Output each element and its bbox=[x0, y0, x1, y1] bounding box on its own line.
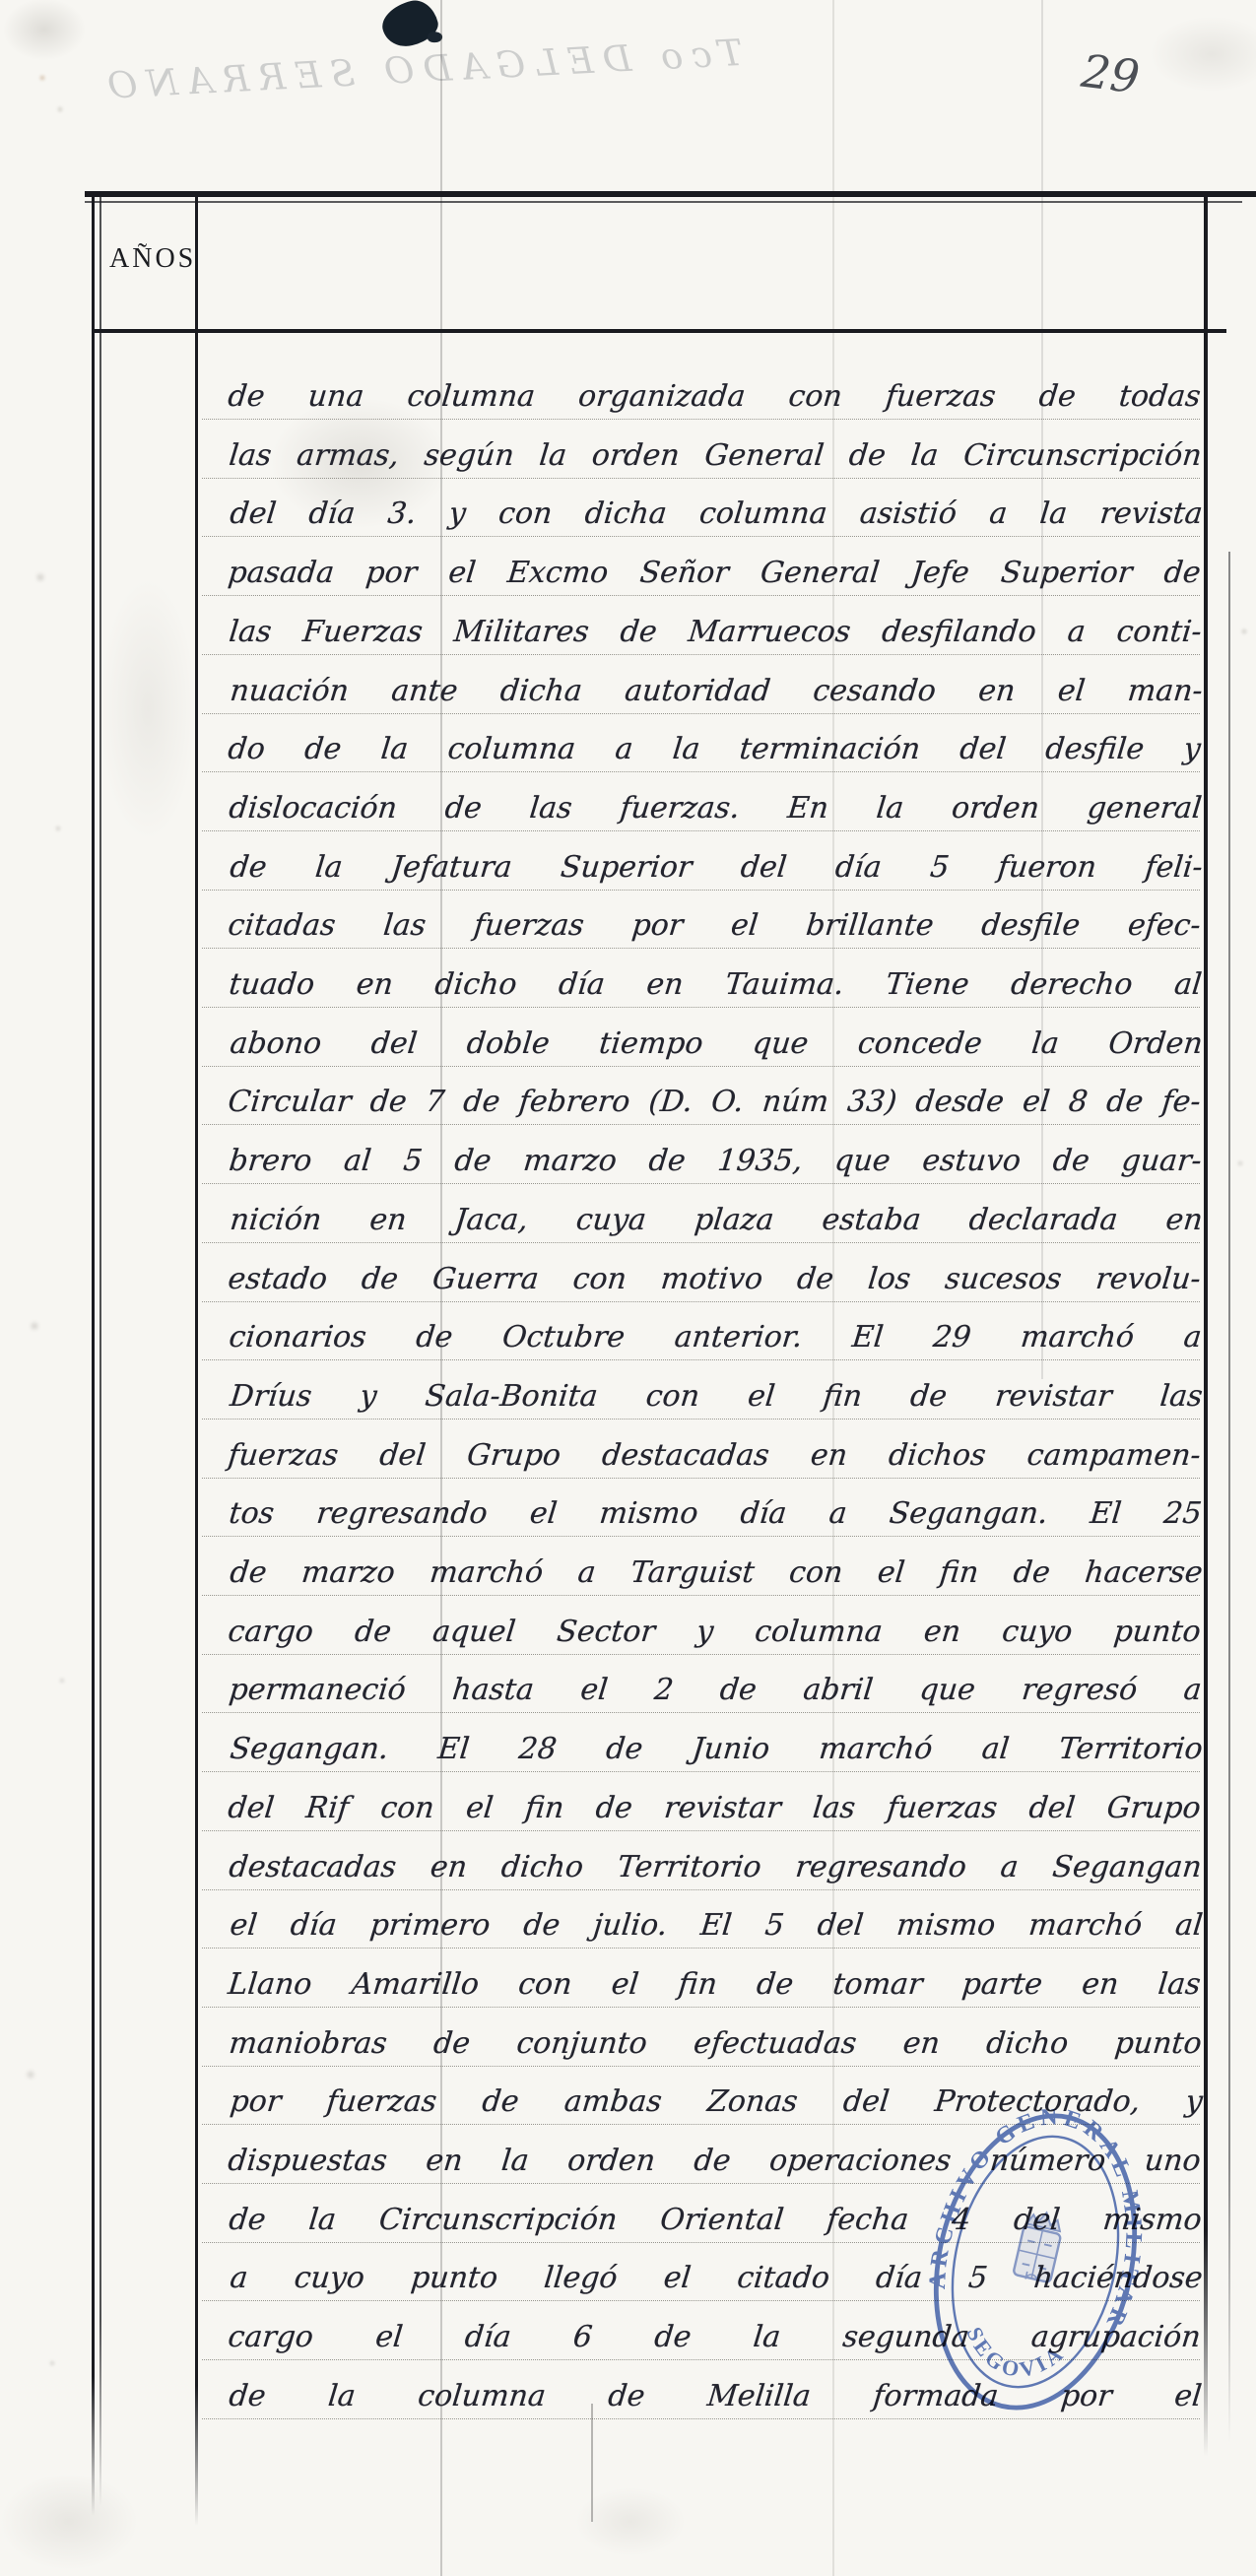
table-border-left-inner bbox=[99, 191, 101, 2506]
manuscript-line: brero al 5 de marzo de 1935, que estuvo … bbox=[227, 1137, 1204, 1186]
manuscript-line: de una columna organizada con fuerzas de… bbox=[226, 372, 1203, 422]
table-border-top bbox=[85, 191, 1256, 197]
manuscript-line: abono del doble tiempo que concede la Or… bbox=[228, 1020, 1205, 1069]
ink-blot bbox=[378, 0, 442, 51]
manuscript-line: tuado en dicho día en Tauima. Tiene dere… bbox=[227, 960, 1204, 1010]
manuscript-line: del día 3. y con dicha columna asistió a… bbox=[228, 490, 1205, 539]
manuscript-line: nición en Jaca, cuya plaza estaba declar… bbox=[228, 1196, 1205, 1245]
manuscript-line: del Rif con el fin de revistar las fuerz… bbox=[226, 1784, 1203, 1833]
manuscript-line: dislocación de las fuerzas. En la orden … bbox=[227, 784, 1204, 833]
coat-of-arms-icon bbox=[1013, 2209, 1065, 2284]
svg-text:SEGOVIA: SEGOVIA bbox=[954, 2319, 1073, 2393]
manuscript-line: fuerzas del Grupo destacadas en dichos c… bbox=[226, 1431, 1203, 1481]
manuscript-line: nuación ante dicha autoridad cesando en … bbox=[228, 667, 1205, 716]
page-number: 29 bbox=[1079, 44, 1143, 104]
table-border-right-outer bbox=[1228, 552, 1230, 2443]
header-separator-line bbox=[92, 329, 1226, 333]
manuscript-line: permaneció hasta el 2 de abril que regre… bbox=[227, 1666, 1204, 1715]
manuscript-line: de la Jefatura Superior del día 5 fueron… bbox=[228, 843, 1205, 892]
stamp-arc-bottom-text: SEGOVIA bbox=[954, 2319, 1073, 2393]
manuscript-line: Circular de 7 de febrero (D. O. núm 33) … bbox=[226, 1078, 1203, 1127]
manuscript-line: Segangan. El 28 de Junio marchó al Terri… bbox=[228, 1725, 1205, 1774]
paper-specks bbox=[0, 0, 2, 2]
manuscript-line: estado de Guerra con motivo de los suces… bbox=[226, 1255, 1203, 1304]
manuscript-line: cargo de aquel Sector y columna en cuyo … bbox=[226, 1608, 1203, 1657]
years-column-header: AÑOS bbox=[109, 243, 196, 275]
manuscript-line: maniobras de conjunto efectuadas en dich… bbox=[227, 2019, 1204, 2069]
pencil-offset-annotation: Tco DELGADO SERRANO bbox=[210, 32, 745, 138]
manuscript-line: las Fuerzas Militares de Marruecos desfi… bbox=[227, 608, 1204, 657]
table-border-top-inner bbox=[85, 201, 1242, 203]
manuscript-line: Dríus y Sala-Bonita con el fin de revist… bbox=[228, 1372, 1205, 1421]
manuscript-line: el día primero de julio. El 5 del mismo … bbox=[228, 1901, 1205, 1950]
manuscript-line: de marzo marchó a Targuist con el fin de… bbox=[228, 1549, 1205, 1598]
scan-scratch-mark bbox=[591, 2404, 593, 2522]
table-border-left bbox=[92, 191, 95, 2516]
manuscript-line: Llano Amarillo con el fin de tomar parte… bbox=[226, 1960, 1203, 2010]
years-column-divider bbox=[195, 191, 198, 2526]
manuscript-line: las armas, según la orden General de la … bbox=[227, 431, 1204, 481]
manuscript-line: pasada por el Excmo Señor General Jefe S… bbox=[226, 549, 1203, 598]
manuscript-line: destacadas en dicho Territorio regresand… bbox=[227, 1843, 1204, 1892]
manuscript-line: do de la columna a la terminación del de… bbox=[226, 725, 1203, 774]
manuscript-line: tos regresando el mismo día a Segangan. … bbox=[227, 1489, 1204, 1539]
manuscript-line: citadas las fuerzas por el brillante des… bbox=[226, 901, 1203, 951]
document-page: Tco DELGADO SERRANO 29 AÑOS de una colum… bbox=[0, 0, 1256, 2576]
manuscript-line: cionarios de Octubre anterior. El 29 mar… bbox=[227, 1313, 1204, 1362]
table-border-right bbox=[1204, 191, 1208, 2457]
